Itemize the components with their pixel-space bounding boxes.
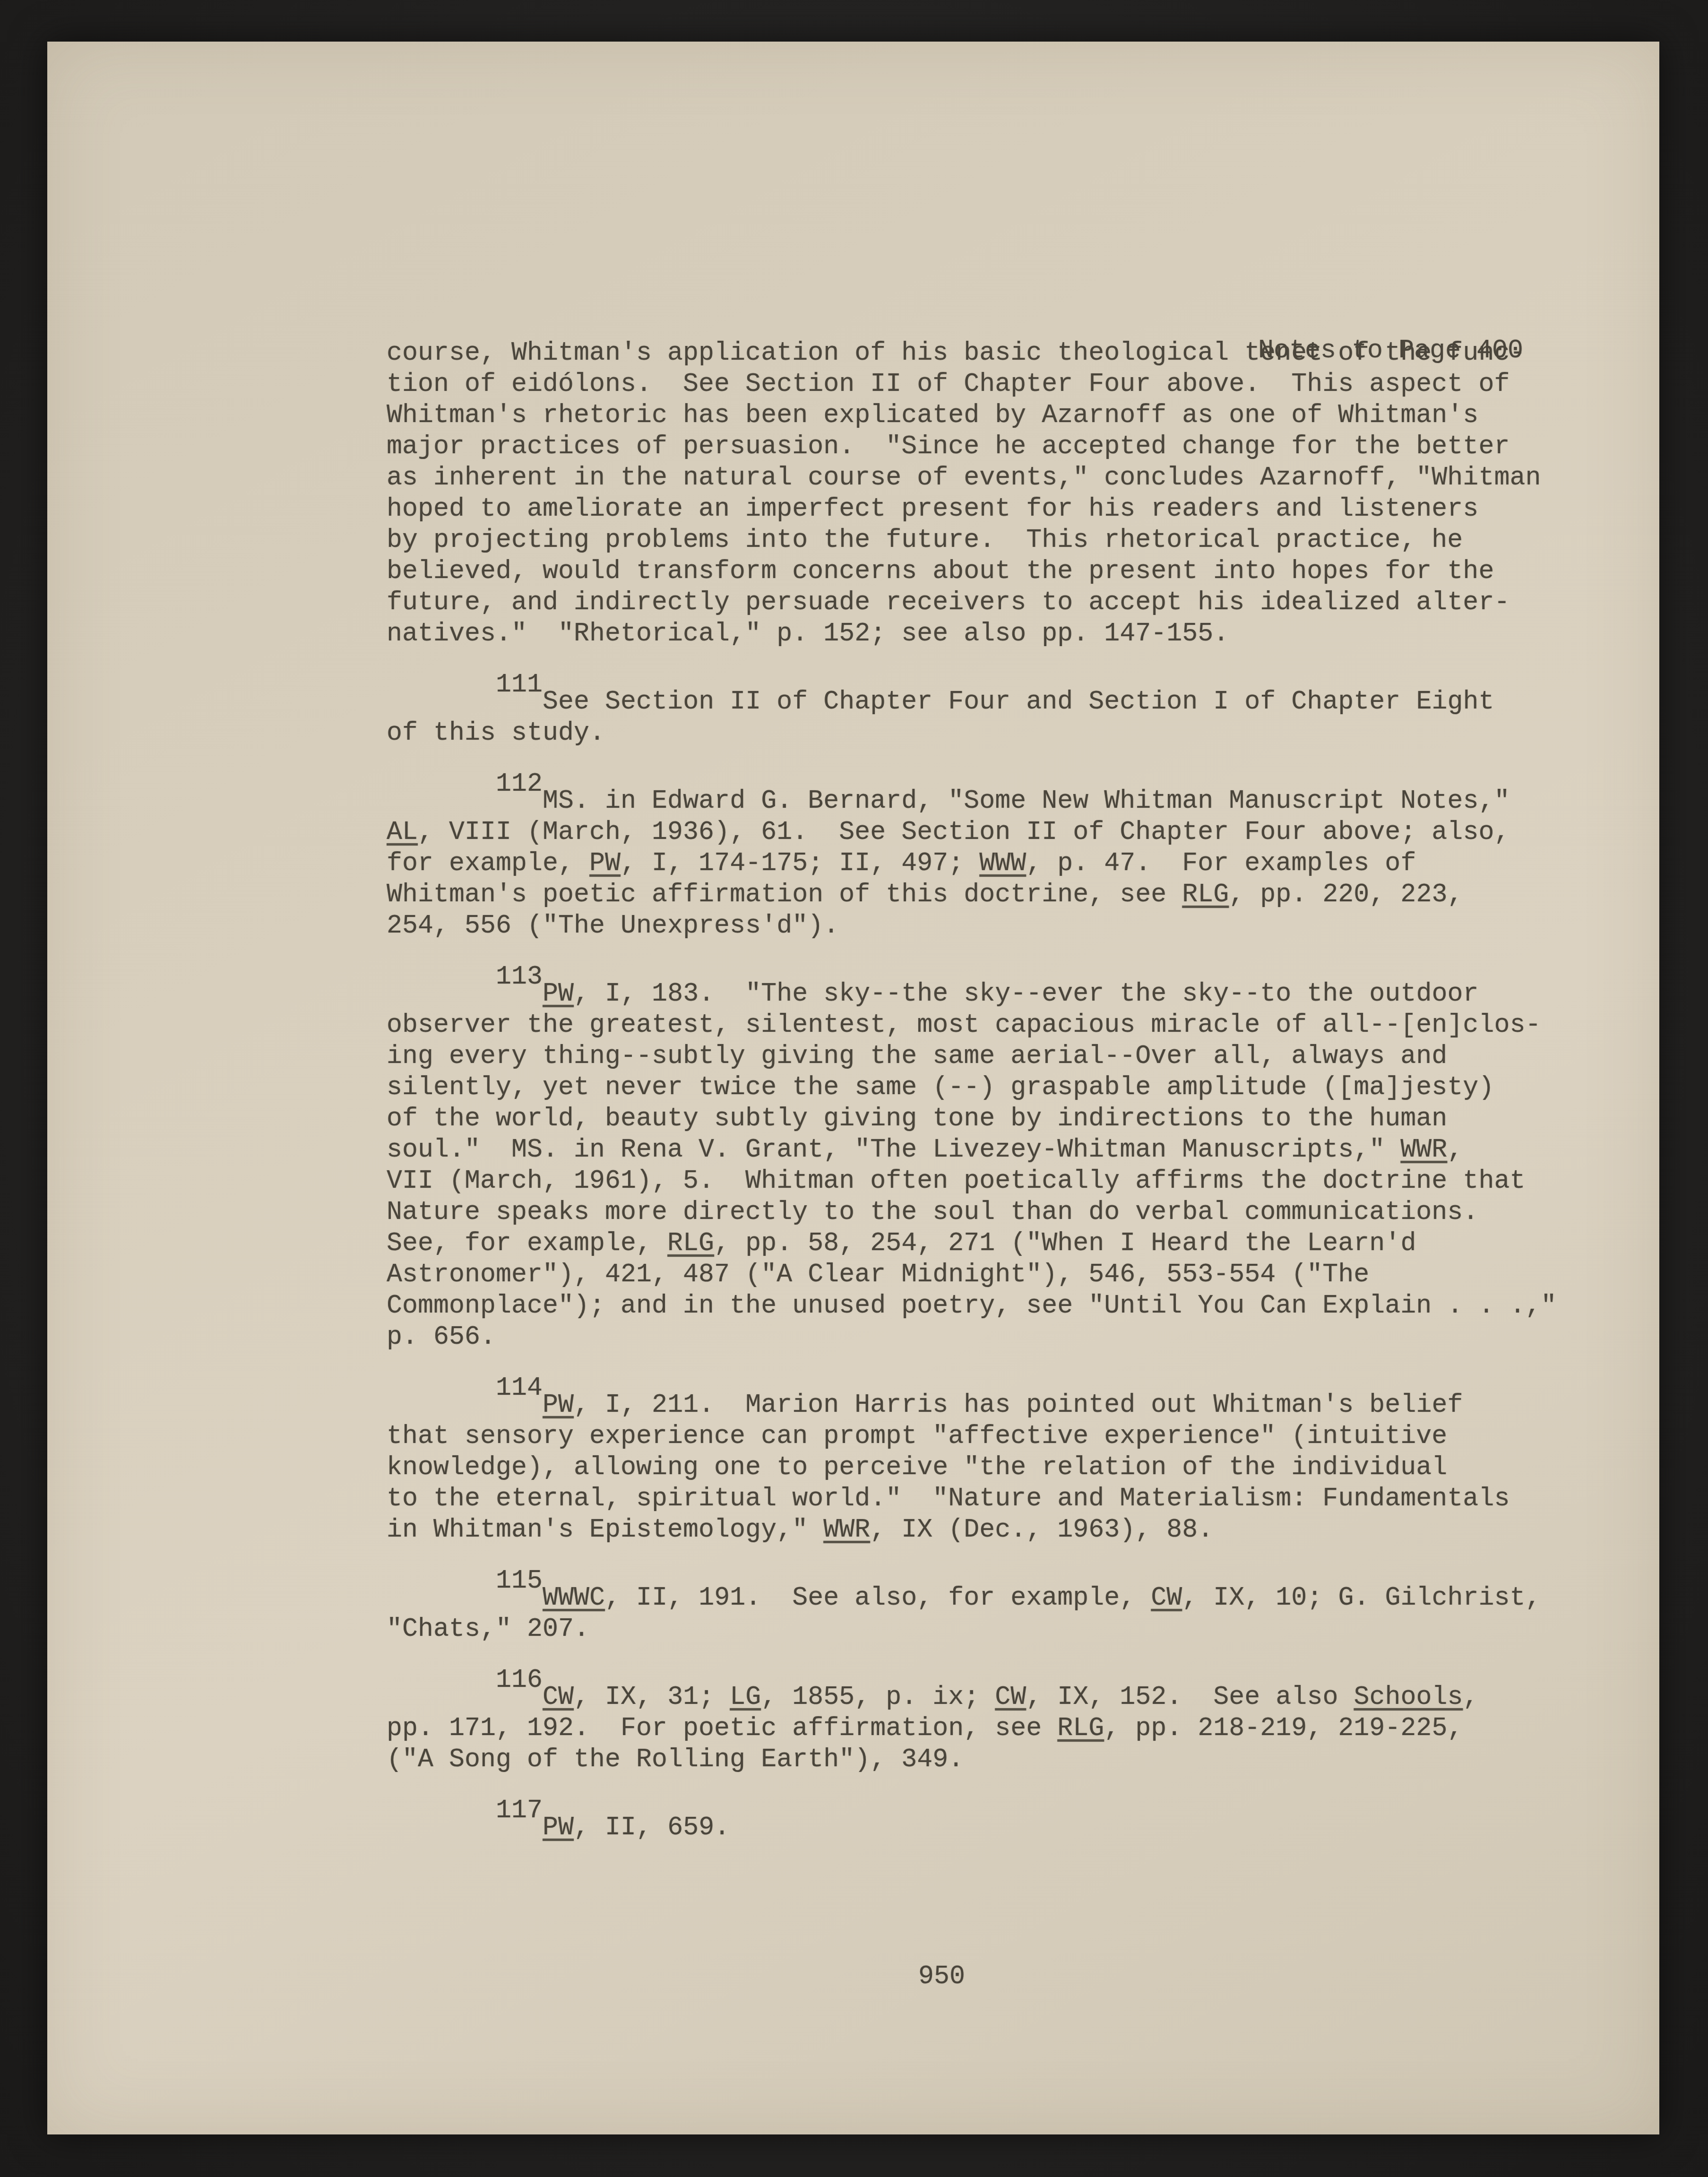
text-line: 111See Section II of Chapter Four and Se… [387,686,1494,717]
footnote-116: 116CW, IX, 31; LG, 1855, p. ix; CW, IX, … [387,1682,1478,1775]
text-segment: See Section II of Chapter Four and Secti… [543,687,1494,717]
text-segment: in Whitman's Epistemology," [387,1515,823,1545]
continuation-paragraph: course, Whitman's application of his bas… [387,337,1541,649]
text-segment: natives." "Rhetorical," p. 152; see also… [387,619,1229,648]
underlined-title-abbreviation: WWWC [543,1583,605,1613]
page-number: 950 [918,1899,1012,2055]
text-segment: VII (March, 1961), 5. Whitman often poet… [387,1166,1525,1196]
text-segment: soul." MS. in Rena V. Grant, "The Liveze… [387,1135,1400,1165]
footnote-number-superscript: 113 [496,962,543,992]
footnote-113: 113PW, I, 183. "The sky--the sky--ever t… [387,978,1556,1353]
text-segment: of the world, beauty subtly giving tone … [387,1104,1447,1133]
text-segment [387,1813,496,1842]
text-line: hoped to ameliorate an imperfect present… [387,493,1541,525]
text-line: for example, PW, I, 174-175; II, 497; WW… [387,848,1510,879]
text-segment: , VIII (March, 1936), 61. See Section II… [418,817,1510,847]
text-line: soul." MS. in Rena V. Grant, "The Liveze… [387,1134,1556,1166]
text-segment: , I, 174-175; II, 497; [621,848,979,878]
underlined-title-abbreviation: PW [543,1813,574,1842]
text-segment: Whitman's poetic affirmation of this doc… [387,880,1182,909]
text-line: AL, VIII (March, 1936), 61. See Section … [387,817,1510,848]
text-line: that sensory experience can prompt "affe… [387,1421,1510,1452]
text-line: to the eternal, spiritual world." "Natur… [387,1483,1510,1514]
underlined-title-abbreviation: CW [543,1682,574,1712]
text-line: by projecting problems into the future. … [387,525,1541,556]
text-segment: , II, 659. [574,1813,730,1842]
text-segment [387,687,496,717]
text-line: major practices of persuasion. "Since he… [387,431,1541,462]
footnote-115: 115WWWC, II, 191. See also, for example,… [387,1582,1541,1645]
text-segment: "Chats," 207. [387,1614,589,1644]
text-segment: , p. 47. For examples of [1026,848,1416,878]
underlined-title-abbreviation: WWR [1400,1135,1447,1165]
text-segment: , IX (Dec., 1963), 88. [870,1515,1213,1545]
footnote-117: 117PW, II, 659. [387,1812,730,1843]
text-line: 115WWWC, II, 191. See also, for example,… [387,1582,1541,1614]
text-line: ("A Song of the Rolling Earth"), 349. [387,1744,1478,1775]
text-line: See, for example, RLG, pp. 58, 254, 271 … [387,1228,1556,1259]
text-segment: , pp. 218-219, 219-225, [1104,1713,1463,1743]
text-segment: , IX, 10; G. Gilchrist, [1182,1583,1541,1613]
footnote-number-superscript: 114 [496,1373,543,1403]
text-line: Astronomer"), 421, 487 ("A Clear Midnigh… [387,1259,1556,1290]
text-segment: , IX, 152. See also [1026,1682,1354,1712]
text-segment: hoped to ameliorate an imperfect present… [387,494,1478,524]
text-segment: , IX, 31; [574,1682,730,1712]
underlined-title-abbreviation: PW [543,1390,574,1420]
footnote-number-superscript: 117 [496,1796,543,1825]
text-segment [387,1682,496,1712]
underlined-title-abbreviation: PW [543,979,574,1009]
page-number-text: 950 [918,1961,1012,1992]
text-segment: 254, 556 ("The Unexpress'd"). [387,911,839,941]
text-line: pp. 171, 192. For poetic affirmation, se… [387,1713,1478,1744]
text-segment: course, Whitman's application of his bas… [387,338,1525,368]
text-line: believed, would transform concerns about… [387,556,1541,587]
text-segment: MS. in Edward G. Bernard, "Some New Whit… [543,786,1510,816]
text-segment: of this study. [387,718,605,748]
text-line: of this study. [387,717,1494,749]
footnote-114: 114PW, I, 211. Marion Harris has pointed… [387,1390,1510,1546]
text-line: silently, yet never twice the same (--) … [387,1072,1556,1103]
underlined-title-abbreviation: RLG [1182,880,1229,909]
underlined-title-abbreviation: PW [589,848,621,878]
text-line: Nature speaks more directly to the soul … [387,1197,1556,1228]
text-segment: , [1463,1682,1478,1712]
underlined-title-abbreviation: CW [1151,1583,1182,1613]
text-line: 116CW, IX, 31; LG, 1855, p. ix; CW, IX, … [387,1682,1478,1713]
text-segment: , 1855, p. ix; [761,1682,995,1712]
underlined-title-abbreviation: RLG [667,1228,714,1258]
text-segment [387,1390,496,1420]
text-segment: major practices of persuasion. "Since he… [387,432,1510,461]
text-segment: that sensory experience can prompt "affe… [387,1421,1447,1451]
text-segment: , I, 183. "The sky--the sky--ever the sk… [574,979,1478,1009]
footnote-number-superscript: 112 [496,769,543,799]
text-segment: tion of eidólons. See Section II of Chap… [387,369,1510,399]
underlined-title-abbreviation: Schools [1354,1682,1463,1712]
text-segment: Whitman's rhetoric has been explicated b… [387,400,1478,430]
text-line: 117PW, II, 659. [387,1812,730,1843]
text-segment: , II, 191. See also, for example, [605,1583,1151,1613]
text-line: Commonplace"); and in the unused poetry,… [387,1290,1556,1322]
text-segment: Nature speaks more directly to the soul … [387,1197,1478,1227]
text-segment: by projecting problems into the future. … [387,525,1463,555]
text-line: 113PW, I, 183. "The sky--the sky--ever t… [387,978,1556,1010]
scanned-page-screenshot: Notes to Page 400 course, Whitman's appl… [0,0,1708,2177]
text-segment [387,979,496,1009]
text-segment: Astronomer"), 421, 487 ("A Clear Midnigh… [387,1260,1369,1289]
text-line: Whitman's poetic affirmation of this doc… [387,879,1510,910]
text-segment [387,1583,496,1613]
underlined-title-abbreviation: WWW [979,848,1026,878]
text-line: as inherent in the natural course of eve… [387,462,1541,493]
text-line: in Whitman's Epistemology," WWR, IX (Dec… [387,1514,1510,1546]
text-segment: believed, would transform concerns about… [387,556,1494,586]
text-segment: ("A Song of the Rolling Earth"), 349. [387,1745,964,1774]
text-line: knowledge), allowing one to perceive "th… [387,1452,1510,1483]
text-segment: , [1447,1135,1463,1165]
text-segment: for example, [387,848,589,878]
text-line: of the world, beauty subtly giving tone … [387,1103,1556,1134]
text-line: "Chats," 207. [387,1614,1541,1645]
text-line: future, and indirectly persuade receiver… [387,587,1541,618]
text-line: VII (March, 1961), 5. Whitman often poet… [387,1166,1556,1197]
text-segment: ing every thing--subtly giving the same … [387,1041,1447,1071]
footnote-number-superscript: 111 [496,670,543,700]
text-line: 254, 556 ("The Unexpress'd"). [387,910,1510,942]
text-segment: , I, 211. Marion Harris has pointed out … [574,1390,1463,1420]
text-segment: future, and indirectly persuade receiver… [387,587,1510,617]
text-segment: , pp. 220, 223, [1229,880,1463,909]
text-line: p. 656. [387,1322,1556,1353]
footnote-112: 112MS. in Edward G. Bernard, "Some New W… [387,786,1510,942]
text-segment: See, for example, [387,1228,667,1258]
text-segment: to the eternal, spiritual world." "Natur… [387,1484,1510,1513]
underlined-title-abbreviation: LG [730,1682,761,1712]
footnote-number-superscript: 115 [496,1566,543,1596]
text-segment: silently, yet never twice the same (--) … [387,1072,1494,1102]
footnote-number-superscript: 116 [496,1665,543,1695]
text-line: observer the greatest, silentest, most c… [387,1010,1556,1041]
text-segment [387,786,496,816]
text-segment: , pp. 58, 254, 271 ("When I Heard the Le… [714,1228,1416,1258]
underlined-title-abbreviation: WWR [823,1515,870,1545]
text-segment: as inherent in the natural course of eve… [387,463,1541,492]
text-line: Whitman's rhetoric has been explicated b… [387,400,1541,431]
text-segment: p. 656. [387,1322,496,1352]
text-line: natives." "Rhetorical," p. 152; see also… [387,618,1541,649]
underlined-title-abbreviation: CW [995,1682,1026,1712]
text-segment: knowledge), allowing one to perceive "th… [387,1452,1447,1482]
text-line: 112MS. in Edward G. Bernard, "Some New W… [387,786,1510,817]
footnote-111: 111See Section II of Chapter Four and Se… [387,686,1494,749]
text-segment: Commonplace"); and in the unused poetry,… [387,1291,1556,1321]
text-segment: pp. 171, 192. For poetic affirmation, se… [387,1713,1057,1743]
paper: Notes to Page 400 course, Whitman's appl… [47,42,1659,2134]
text-line: course, Whitman's application of his bas… [387,337,1541,369]
underlined-title-abbreviation: RLG [1057,1713,1104,1743]
text-line: 114PW, I, 211. Marion Harris has pointed… [387,1390,1510,1421]
underlined-title-abbreviation: AL [387,817,418,847]
text-line: ing every thing--subtly giving the same … [387,1041,1556,1072]
text-line: tion of eidólons. See Section II of Chap… [387,369,1541,400]
text-segment: observer the greatest, silentest, most c… [387,1010,1541,1040]
